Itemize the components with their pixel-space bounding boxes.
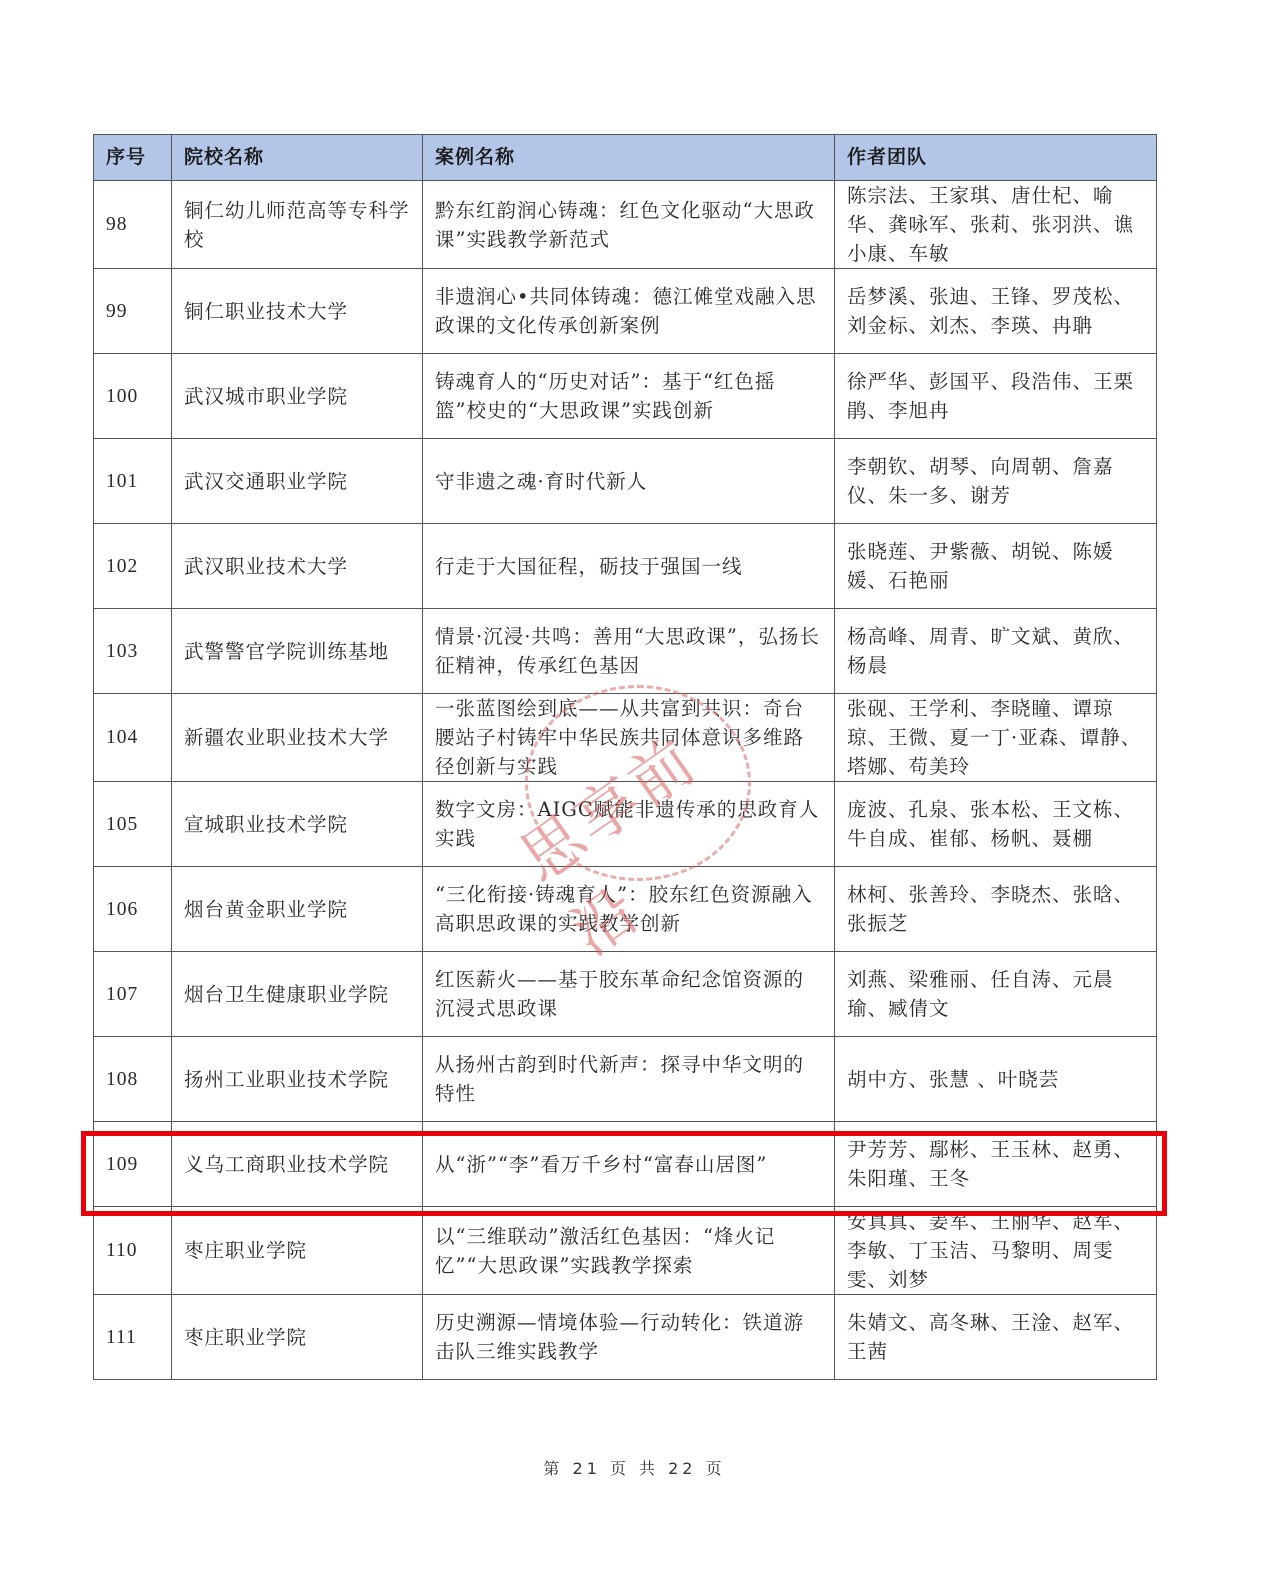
cell-case: 一张蓝图绘到底——从共富到共识：奇台腰站子村铸牢中华民族共同体意识多维路径创新与…	[423, 694, 835, 782]
cell-team: 陈宗法、王家琪、唐仕杞、喻华、龚咏军、张莉、张羽洪、谯小康、车敏	[835, 181, 1157, 269]
table-row: 108 扬州工业职业技术学院 从扬州古韵到时代新声：探寻中华文明的特性 胡中方、…	[94, 1037, 1157, 1122]
cell-team: 张晓莲、尹紫薇、胡锐、陈媛媛、石艳丽	[835, 524, 1157, 609]
table-row: 104 新疆农业职业技术大学 一张蓝图绘到底——从共富到共识：奇台腰站子村铸牢中…	[94, 694, 1157, 782]
table-row: 99 铜仁职业技术大学 非遗润心•共同体铸魂：德江傩堂戏融入思政课的文化传承创新…	[94, 269, 1157, 354]
table-row-highlighted: 109 义乌工商职业技术学院 从“浙”“李”看万千乡村“富春山居图” 尹芳芳、鄢…	[94, 1122, 1157, 1207]
cell-no: 108	[94, 1037, 172, 1122]
cell-school: 扬州工业职业技术学院	[172, 1037, 423, 1122]
header-no: 序号	[94, 135, 172, 181]
cell-no: 111	[94, 1295, 172, 1380]
header-case: 案例名称	[423, 135, 835, 181]
cell-case: 数字文房：AIGC赋能非遗传承的思政育人实践	[423, 782, 835, 867]
table-row: 107 烟台卫生健康职业学院 红医薪火——基于胶东革命纪念馆资源的沉浸式思政课 …	[94, 952, 1157, 1037]
cell-school: 武汉交通职业学院	[172, 439, 423, 524]
cell-school: 烟台黄金职业学院	[172, 867, 423, 952]
cell-case: 红医薪火——基于胶东革命纪念馆资源的沉浸式思政课	[423, 952, 835, 1037]
cell-no: 100	[94, 354, 172, 439]
cell-school: 枣庄职业学院	[172, 1207, 423, 1295]
table-row: 111 枣庄职业学院 历史溯源—情境体验—行动转化：铁道游击队三维实践教学 朱婧…	[94, 1295, 1157, 1380]
cell-team: 张砚、王学利、李晓瞳、谭琼琼、王微、夏一丁·亚森、谭静、塔娜、苟美玲	[835, 694, 1157, 782]
cell-no: 99	[94, 269, 172, 354]
cell-no: 104	[94, 694, 172, 782]
table-row: 105 宣城职业技术学院 数字文房：AIGC赋能非遗传承的思政育人实践 庞波、孔…	[94, 782, 1157, 867]
cell-no: 101	[94, 439, 172, 524]
cell-team: 朱婧文、高冬琳、王淦、赵军、王茜	[835, 1295, 1157, 1380]
cell-case: 非遗润心•共同体铸魂：德江傩堂戏融入思政课的文化传承创新案例	[423, 269, 835, 354]
table-row: 110 枣庄职业学院 以“三维联动”激活红色基因：“烽火记忆”“大思政课”实践教…	[94, 1207, 1157, 1295]
cell-school: 武警警官学院训练基地	[172, 609, 423, 694]
page-number: 第 21 页 共 22 页	[0, 1456, 1269, 1479]
cell-team: 尹芳芳、鄢彬、王玉林、赵勇、朱阳瑾、王冬	[835, 1122, 1157, 1207]
cell-school: 宣城职业技术学院	[172, 782, 423, 867]
table-row: 100 武汉城市职业学院 铸魂育人的“历史对话”：基于“红色摇篮”校史的“大思政…	[94, 354, 1157, 439]
cell-case: 行走于大国征程，砺技于强国一线	[423, 524, 835, 609]
cell-team: 岳梦溪、张迪、王锋、罗茂松、刘金标、刘杰、李瑛、冉聃	[835, 269, 1157, 354]
document-page: 序号 院校名称 案例名称 作者团队 98 铜仁幼儿师范高等专科学校 黔东红韵润心…	[0, 0, 1269, 1589]
cell-case: 情景·沉浸·共鸣：善用“大思政课”，弘扬长征精神，传承红色基因	[423, 609, 835, 694]
cell-school: 武汉城市职业学院	[172, 354, 423, 439]
cell-case: 铸魂育人的“历史对话”：基于“红色摇篮”校史的“大思政课”实践创新	[423, 354, 835, 439]
table-row: 101 武汉交通职业学院 守非遗之魂·育时代新人 李朝钦、胡琴、向周朝、詹嘉仪、…	[94, 439, 1157, 524]
cell-team: 庞波、孔泉、张本松、王文栋、牛自成、崔郁、杨帆、聂棚	[835, 782, 1157, 867]
table-row: 106 烟台黄金职业学院 “三化衔接·铸魂育人”：胶东红色资源融入高职思政课的实…	[94, 867, 1157, 952]
cell-no: 98	[94, 181, 172, 269]
cell-no: 107	[94, 952, 172, 1037]
cell-case: 从“浙”“李”看万千乡村“富春山居图”	[423, 1122, 835, 1207]
cell-team: 徐严华、彭国平、段浩伟、王栗鹃、李旭冉	[835, 354, 1157, 439]
cell-case: 历史溯源—情境体验—行动转化：铁道游击队三维实践教学	[423, 1295, 835, 1380]
cell-team: 胡中方、张慧 、叶晓芸	[835, 1037, 1157, 1122]
cell-case: 以“三维联动”激活红色基因：“烽火记忆”“大思政课”实践教学探索	[423, 1207, 835, 1295]
cell-no: 103	[94, 609, 172, 694]
cell-school: 义乌工商职业技术学院	[172, 1122, 423, 1207]
table-row: 103 武警警官学院训练基地 情景·沉浸·共鸣：善用“大思政课”，弘扬长征精神，…	[94, 609, 1157, 694]
award-list-table: 序号 院校名称 案例名称 作者团队 98 铜仁幼儿师范高等专科学校 黔东红韵润心…	[93, 134, 1157, 1380]
cell-team: 杨高峰、周青、旷文斌、黄欣、杨晨	[835, 609, 1157, 694]
cell-case: 黔东红韵润心铸魂：红色文化驱动“大思政课”实践教学新范式	[423, 181, 835, 269]
header-school: 院校名称	[172, 135, 423, 181]
cell-school: 铜仁幼儿师范高等专科学校	[172, 181, 423, 269]
cell-no: 106	[94, 867, 172, 952]
cell-school: 枣庄职业学院	[172, 1295, 423, 1380]
cell-case: “三化衔接·铸魂育人”：胶东红色资源融入高职思政课的实践教学创新	[423, 867, 835, 952]
cell-no: 109	[94, 1122, 172, 1207]
cell-no: 105	[94, 782, 172, 867]
header-team: 作者团队	[835, 135, 1157, 181]
cell-no: 110	[94, 1207, 172, 1295]
table-header-row: 序号 院校名称 案例名称 作者团队	[94, 135, 1157, 181]
cell-team: 刘燕、梁雅丽、任自涛、元晨瑜、臧倩文	[835, 952, 1157, 1037]
cell-team: 安真真、姜军、王丽华、赵军、李敏、丁玉洁、马黎明、周雯雯、刘梦	[835, 1207, 1157, 1295]
cell-case: 守非遗之魂·育时代新人	[423, 439, 835, 524]
cell-school: 烟台卫生健康职业学院	[172, 952, 423, 1037]
cell-school: 武汉职业技术大学	[172, 524, 423, 609]
cell-school: 新疆农业职业技术大学	[172, 694, 423, 782]
cell-school: 铜仁职业技术大学	[172, 269, 423, 354]
cell-no: 102	[94, 524, 172, 609]
cell-team: 李朝钦、胡琴、向周朝、詹嘉仪、朱一多、谢芳	[835, 439, 1157, 524]
table-row: 98 铜仁幼儿师范高等专科学校 黔东红韵润心铸魂：红色文化驱动“大思政课”实践教…	[94, 181, 1157, 269]
cell-team: 林柯、张善玲、李晓杰、张晗、张振芝	[835, 867, 1157, 952]
table-row: 102 武汉职业技术大学 行走于大国征程，砺技于强国一线 张晓莲、尹紫薇、胡锐、…	[94, 524, 1157, 609]
cell-case: 从扬州古韵到时代新声：探寻中华文明的特性	[423, 1037, 835, 1122]
